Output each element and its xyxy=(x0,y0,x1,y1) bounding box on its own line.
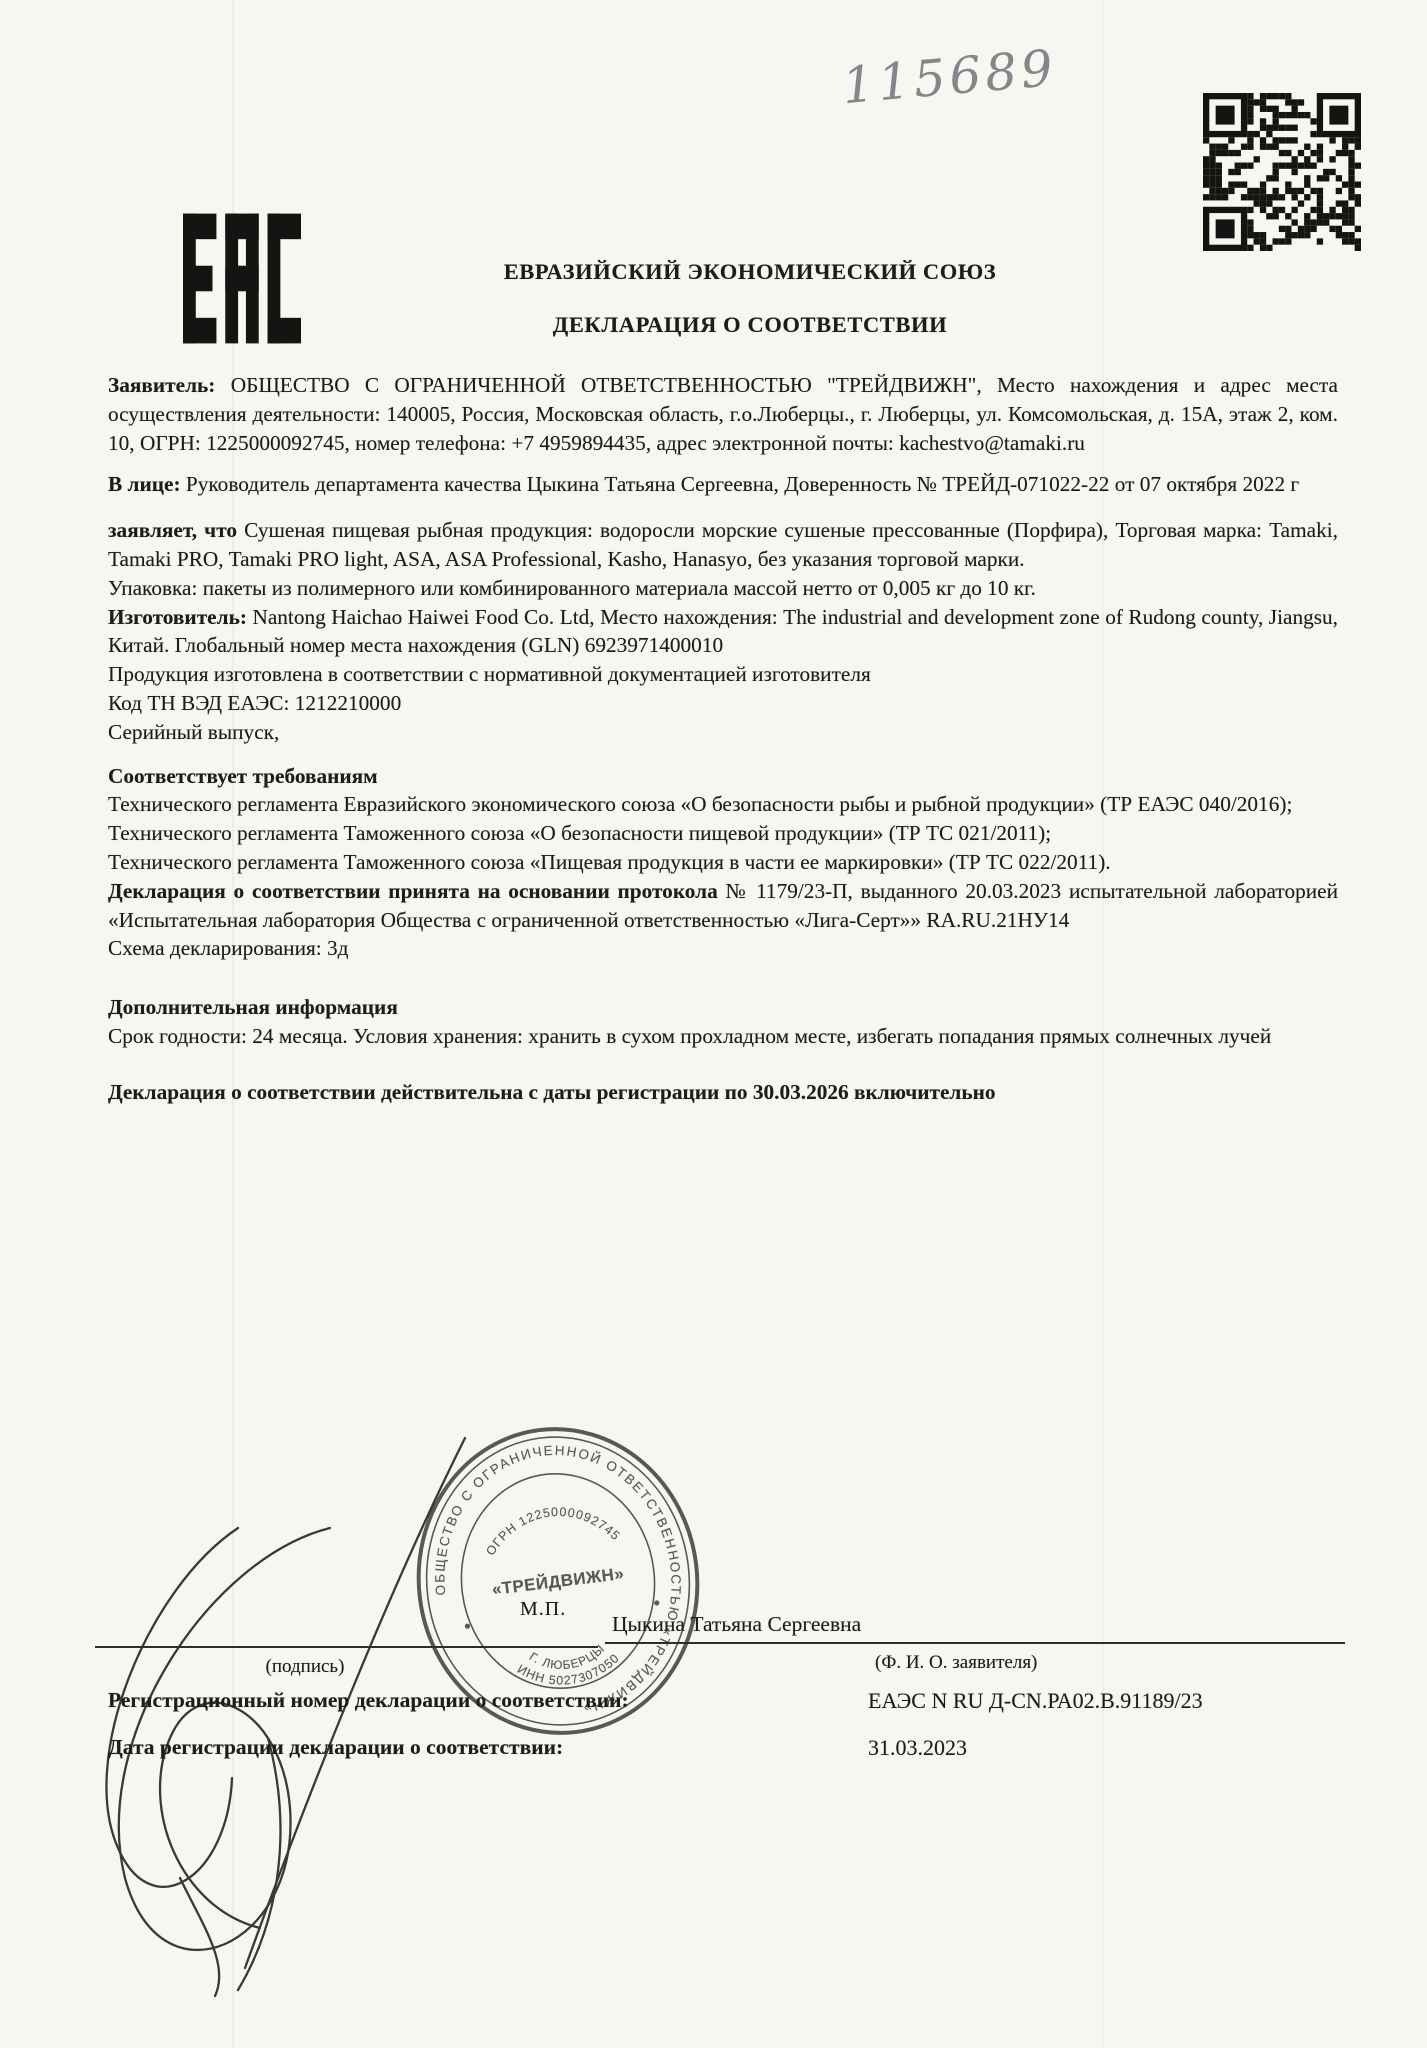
basis-paragraph: Декларация о соответствии принята на осн… xyxy=(108,877,1338,935)
packaging-line: Упаковка: пакеты из полимерного или комб… xyxy=(108,574,1338,603)
registration-number-label: Регистрационный номер декларации о соотв… xyxy=(108,1688,629,1713)
registration-number-row: Регистрационный номер декларации о соотв… xyxy=(108,1688,1348,1713)
registration-date-label: Дата регистрации декларации о соответств… xyxy=(108,1735,563,1760)
requirement-item: Технического регламента Евразийского эко… xyxy=(108,790,1338,819)
handwritten-number: 115689 xyxy=(840,39,1059,116)
applicant-paragraph: Заявитель: ОБЩЕСТВО С ОГРАНИЧЕННОЙ ОТВЕТ… xyxy=(108,371,1338,457)
registration-date-value: 31.03.2023 xyxy=(868,1735,967,1761)
doc-title: ДЕКЛАРАЦИЯ О СООТВЕТСТВИИ xyxy=(250,312,1250,338)
additional-info-text: Срок годности: 24 месяца. Условия хранен… xyxy=(108,1022,1338,1051)
stamp-center-name: «ТРЕЙДВИЖН» xyxy=(491,1564,625,1599)
header: ЕВРАЗИЙСКИЙ ЭКОНОМИЧЕСКИЙ СОЮЗ ДЕКЛАРАЦИ… xyxy=(250,259,1250,338)
fio-caption: (Ф. И. О. заявителя) xyxy=(875,1652,1037,1674)
in-person-paragraph: В лице: Руководитель департамента качест… xyxy=(108,470,1338,499)
declares-label: заявляет, что xyxy=(108,518,237,542)
applicant-text: ОБЩЕСТВО С ОГРАНИЧЕННОЙ ОТВЕТСТВЕННОСТЬЮ… xyxy=(108,373,1338,455)
requirements-heading: Соответствует требованиям xyxy=(108,762,1338,791)
signature-line xyxy=(95,1646,598,1648)
mp-label: М.П. xyxy=(520,1598,566,1621)
basis-block: Декларация о соответствии принята на осн… xyxy=(108,877,1338,963)
scheme-line: Схема декларирования: 3д xyxy=(108,934,1338,963)
requirement-item: Технического регламента Таможенного союз… xyxy=(108,848,1338,877)
applicant-label: Заявитель: xyxy=(108,373,215,397)
requirements-block: Соответствует требованиям Технического р… xyxy=(108,762,1338,877)
normative-note-line: Продукция изготовлена в соответствии с н… xyxy=(108,660,1338,689)
declares-paragraph: заявляет, что Сушеная пищевая рыбная про… xyxy=(108,516,1338,574)
basis-label: Декларация о соответствии принята на осн… xyxy=(108,879,718,903)
manufacturer-paragraph: Изготовитель: Nantong Haichao Haiwei Foo… xyxy=(108,603,1338,661)
signature-caption: (подпись) xyxy=(205,1656,405,1678)
in-person-label: В лице: xyxy=(108,472,181,496)
requirement-item: Технического регламента Таможенного союз… xyxy=(108,819,1338,848)
additional-info-heading: Дополнительная информация xyxy=(108,993,1338,1022)
validity-line: Декларация о соответствии действительна … xyxy=(108,1078,1338,1107)
qr-code xyxy=(1203,93,1361,251)
manufacturer-label: Изготовитель: xyxy=(108,605,247,629)
manufacturer-text: Nantong Haichao Haiwei Food Co. Ltd, Мес… xyxy=(108,605,1338,658)
fio-line xyxy=(605,1642,1345,1644)
in-person-text: Руководитель департамента качества Цыкин… xyxy=(186,472,1299,496)
tnved-code-line: Код ТН ВЭД ЕАЭС: 1212210000 xyxy=(108,689,1338,718)
registration-number-value: ЕАЭС N RU Д-CN.РА02.В.91189/23 xyxy=(868,1688,1203,1714)
registration-date-row: Дата регистрации декларации о соответств… xyxy=(108,1735,1348,1760)
serial-release-line: Серийный выпуск, xyxy=(108,718,1338,747)
stamp-ogrn-text: ОГРН 1225000092745 xyxy=(479,1497,624,1559)
declares-text: Сушеная пищевая рыбная продукция: водоро… xyxy=(108,518,1338,571)
document-body: Заявитель: ОБЩЕСТВО С ОГРАНИЧЕННОЙ ОТВЕТ… xyxy=(108,371,1338,1107)
applicant-fio-name: Цыкина Татьяна Сергеевна xyxy=(612,1612,861,1637)
union-title: ЕВРАЗИЙСКИЙ ЭКОНОМИЧЕСКИЙ СОЮЗ xyxy=(250,259,1250,285)
declaration-document-page: 115689 ЕВРАЗИЙСКИЙ ЭКОНОМИЧЕСКИЙ СОЮЗ ДЕ… xyxy=(0,0,1427,2048)
product-block: заявляет, что Сушеная пищевая рыбная про… xyxy=(108,516,1338,746)
additional-info-block: Дополнительная информация Срок годности:… xyxy=(108,993,1338,1051)
